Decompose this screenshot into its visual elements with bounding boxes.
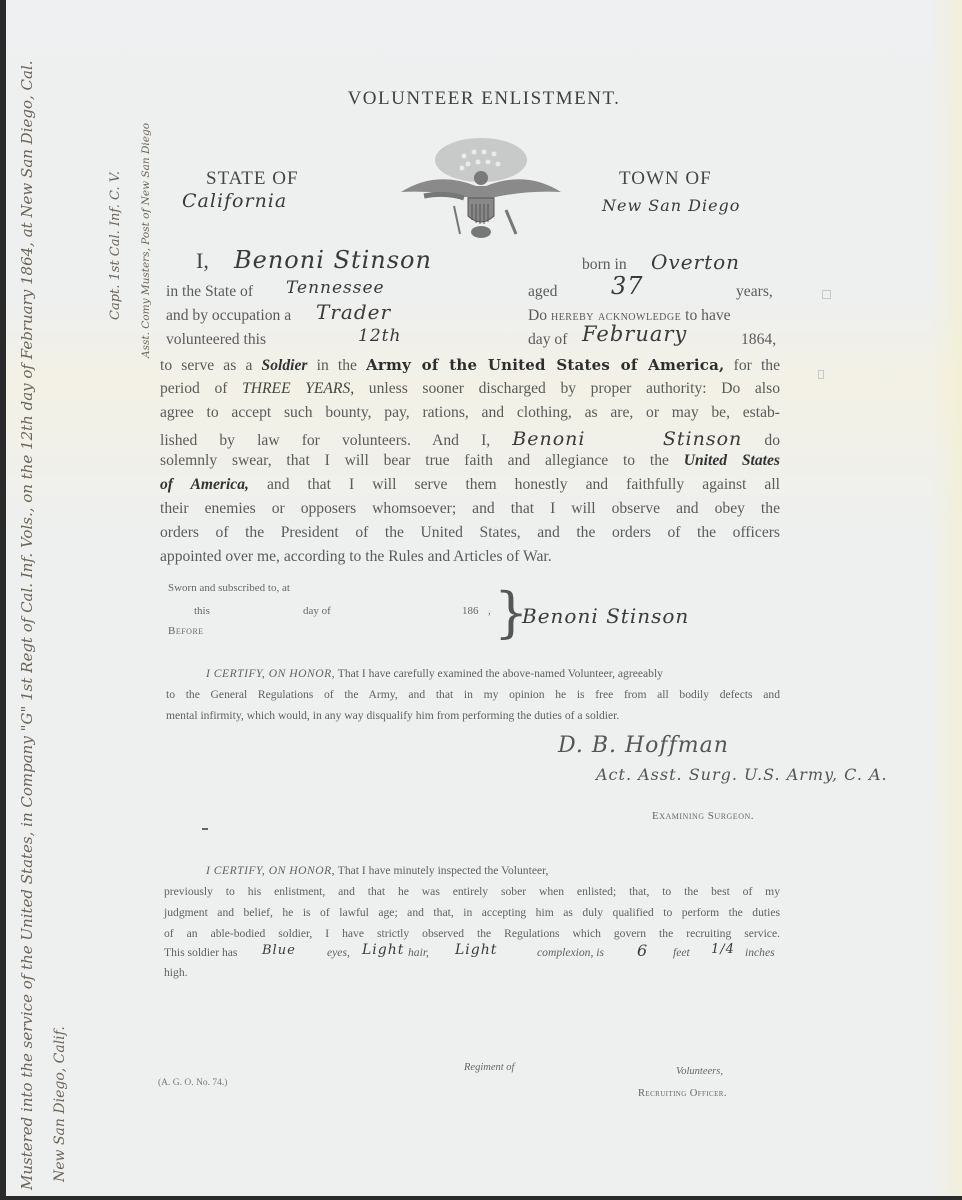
year-value: 1864,: [741, 331, 776, 349]
sworn-this: this: [194, 605, 210, 617]
oath-line-7: their enemies or opposers whomsoever; an…: [160, 500, 780, 518]
volunteer-name: Benoni Stinson: [234, 246, 432, 274]
margin-note-mustering-officer: Asst. Comy Musters, Post of New San Dieg…: [140, 123, 152, 358]
recruit-cert-line-4: of an able-bodied soldier, I have strict…: [164, 927, 780, 940]
oath-text: to serve as a: [160, 357, 252, 374]
oath-line-9: appointed over me, according to the Rule…: [160, 548, 552, 566]
cert-text: That I have carefully examined the above…: [338, 667, 663, 680]
army-term: Army of the United States of America,: [366, 356, 724, 374]
soldier-term: Soldier: [262, 357, 308, 374]
feet-label: feet: [673, 946, 690, 959]
intro-i: I,: [196, 248, 209, 274]
oath-line-1: to serve as a Soldier in the Army of the…: [160, 356, 780, 375]
recruit-cert-line-1: I CERTIFY, ON HONOR, That I have minutel…: [206, 864, 548, 877]
surgeon-cert-line-1: I CERTIFY, ON HONOR, That I have careful…: [206, 667, 663, 680]
eyes-value: Blue: [262, 943, 296, 958]
state-of-label: in the State of: [166, 283, 253, 301]
margin-note-location: New San Diego, Calif.: [52, 1026, 68, 1182]
state-label: STATE OF: [206, 168, 299, 190]
united-states-term: United States: [684, 452, 780, 469]
town-value: New San Diego: [602, 196, 740, 215]
margin-note-captain: Capt. 1st Cal. Inf. C. V.: [108, 171, 123, 320]
sworn-line: Sworn and subscribed to, at: [168, 582, 290, 594]
oath-line-6: of America, and that I will serve them h…: [160, 476, 780, 494]
volunteered-day: 12th: [358, 326, 401, 346]
volunteered-label: volunteered this: [166, 331, 266, 349]
state-value: California: [182, 190, 287, 212]
america-term: of America,: [160, 476, 249, 493]
oath-text: in the: [317, 357, 357, 374]
recruit-cert-line-5-label: This soldier has: [164, 946, 237, 959]
cert-lead: I CERTIFY, ON HONOR,: [206, 667, 335, 680]
three-years-term: THREE YEARS,: [242, 380, 354, 397]
surgeon-signature: D. B. Hoffman: [558, 733, 729, 758]
edge-mark-icon: [822, 290, 831, 299]
state-of-value: Tennessee: [286, 278, 385, 298]
oath-line-2: period of THREE YEARS, unless sooner dis…: [160, 380, 780, 398]
enlistment-form-page: VOLUNTEER ENLISTMENT. STATE OF Californi…: [6, 0, 962, 1196]
document-title: VOLUNTEER ENLISTMENT.: [6, 88, 962, 110]
recruit-cert-line-3: judgment and belief, he is of lawful age…: [164, 906, 780, 919]
complexion-label: complexion, is: [537, 946, 604, 959]
oath-text: lished by law for volunteers. And I,: [160, 432, 490, 449]
recruiting-officer-label: Recruiting Officer.: [638, 1088, 727, 1099]
oath-text: and that I will serve them honestly and …: [267, 476, 780, 493]
occupation-label: and by occupation a: [166, 307, 291, 325]
sworn-day-of: day of: [303, 605, 331, 617]
volunteers-label: Volunteers,: [676, 1066, 723, 1077]
surgeon-cert-line-3: mental infirmity, which would, in any wa…: [166, 709, 619, 722]
examining-surgeon-label: Examining Surgeon.: [652, 810, 754, 822]
month-value: February: [582, 322, 687, 346]
oath-text: unless sooner discharged by proper autho…: [369, 380, 780, 397]
day-of-label: day of: [528, 331, 567, 349]
recruit-cert-line-6: high.: [164, 966, 188, 979]
oath-line-4: lished by law for volunteers. And I, Ben…: [160, 428, 780, 450]
aged-value: 37: [611, 272, 644, 300]
inches-label: inches: [745, 946, 775, 959]
oath-signed-name: Benoni Stinson: [512, 428, 742, 450]
order-reference: (A. G. O. No. 74.): [158, 1078, 227, 1088]
feet-value: 6: [637, 941, 648, 960]
oath-line-3: agree to accept such bounty, pay, ration…: [160, 404, 780, 422]
surgeon-cert-line-2: to the General Regulations of the Army, …: [166, 688, 780, 701]
oath-text: period of: [160, 380, 227, 397]
inches-value: 1/4: [711, 942, 735, 957]
volunteer-signature: Benoni Stinson: [522, 604, 689, 628]
hair-label: hair,: [408, 946, 429, 959]
acknowledge-prefix: Do: [528, 307, 547, 324]
years-label: years,: [736, 283, 773, 301]
regiment-label: Regiment of: [464, 1062, 514, 1073]
sworn-year-prefix: 186: [462, 605, 479, 617]
oath-line-5: solemnly swear, that I will bear true fa…: [160, 452, 780, 470]
aged-label: aged: [528, 283, 557, 301]
eyes-label: eyes,: [327, 946, 350, 959]
sworn-comma: ,: [488, 605, 491, 617]
edge-mark-icon: [818, 370, 824, 379]
town-label: TOWN OF: [619, 168, 712, 190]
ink-speck: [202, 828, 208, 830]
sworn-before: Before: [168, 625, 204, 637]
oath-text: do: [764, 432, 780, 449]
surgeon-title-handwritten: Act. Asst. Surg. U.S. Army, C. A.: [596, 765, 888, 784]
recruit-cert-line-2: previously to his enlistment, and that h…: [164, 885, 780, 898]
born-in-value: Overton: [651, 250, 740, 274]
cert-lead: I CERTIFY, ON HONOR,: [206, 864, 335, 877]
occupation-value: Trader: [316, 300, 391, 324]
margin-note-muster: Mustered into the service of the United …: [18, 60, 36, 1190]
complexion-value: Light: [455, 942, 497, 958]
cert-text: That I have minutely inspected the Volun…: [338, 864, 549, 877]
acknowledge-suffix: to have: [685, 307, 730, 324]
eagle-seal-icon: [396, 134, 566, 240]
oath-line-8: orders of the President of the United St…: [160, 524, 780, 542]
hair-value: Light: [362, 942, 404, 958]
oath-text: solemnly swear, that I will bear true fa…: [160, 452, 669, 469]
oath-text: for the: [734, 357, 780, 374]
